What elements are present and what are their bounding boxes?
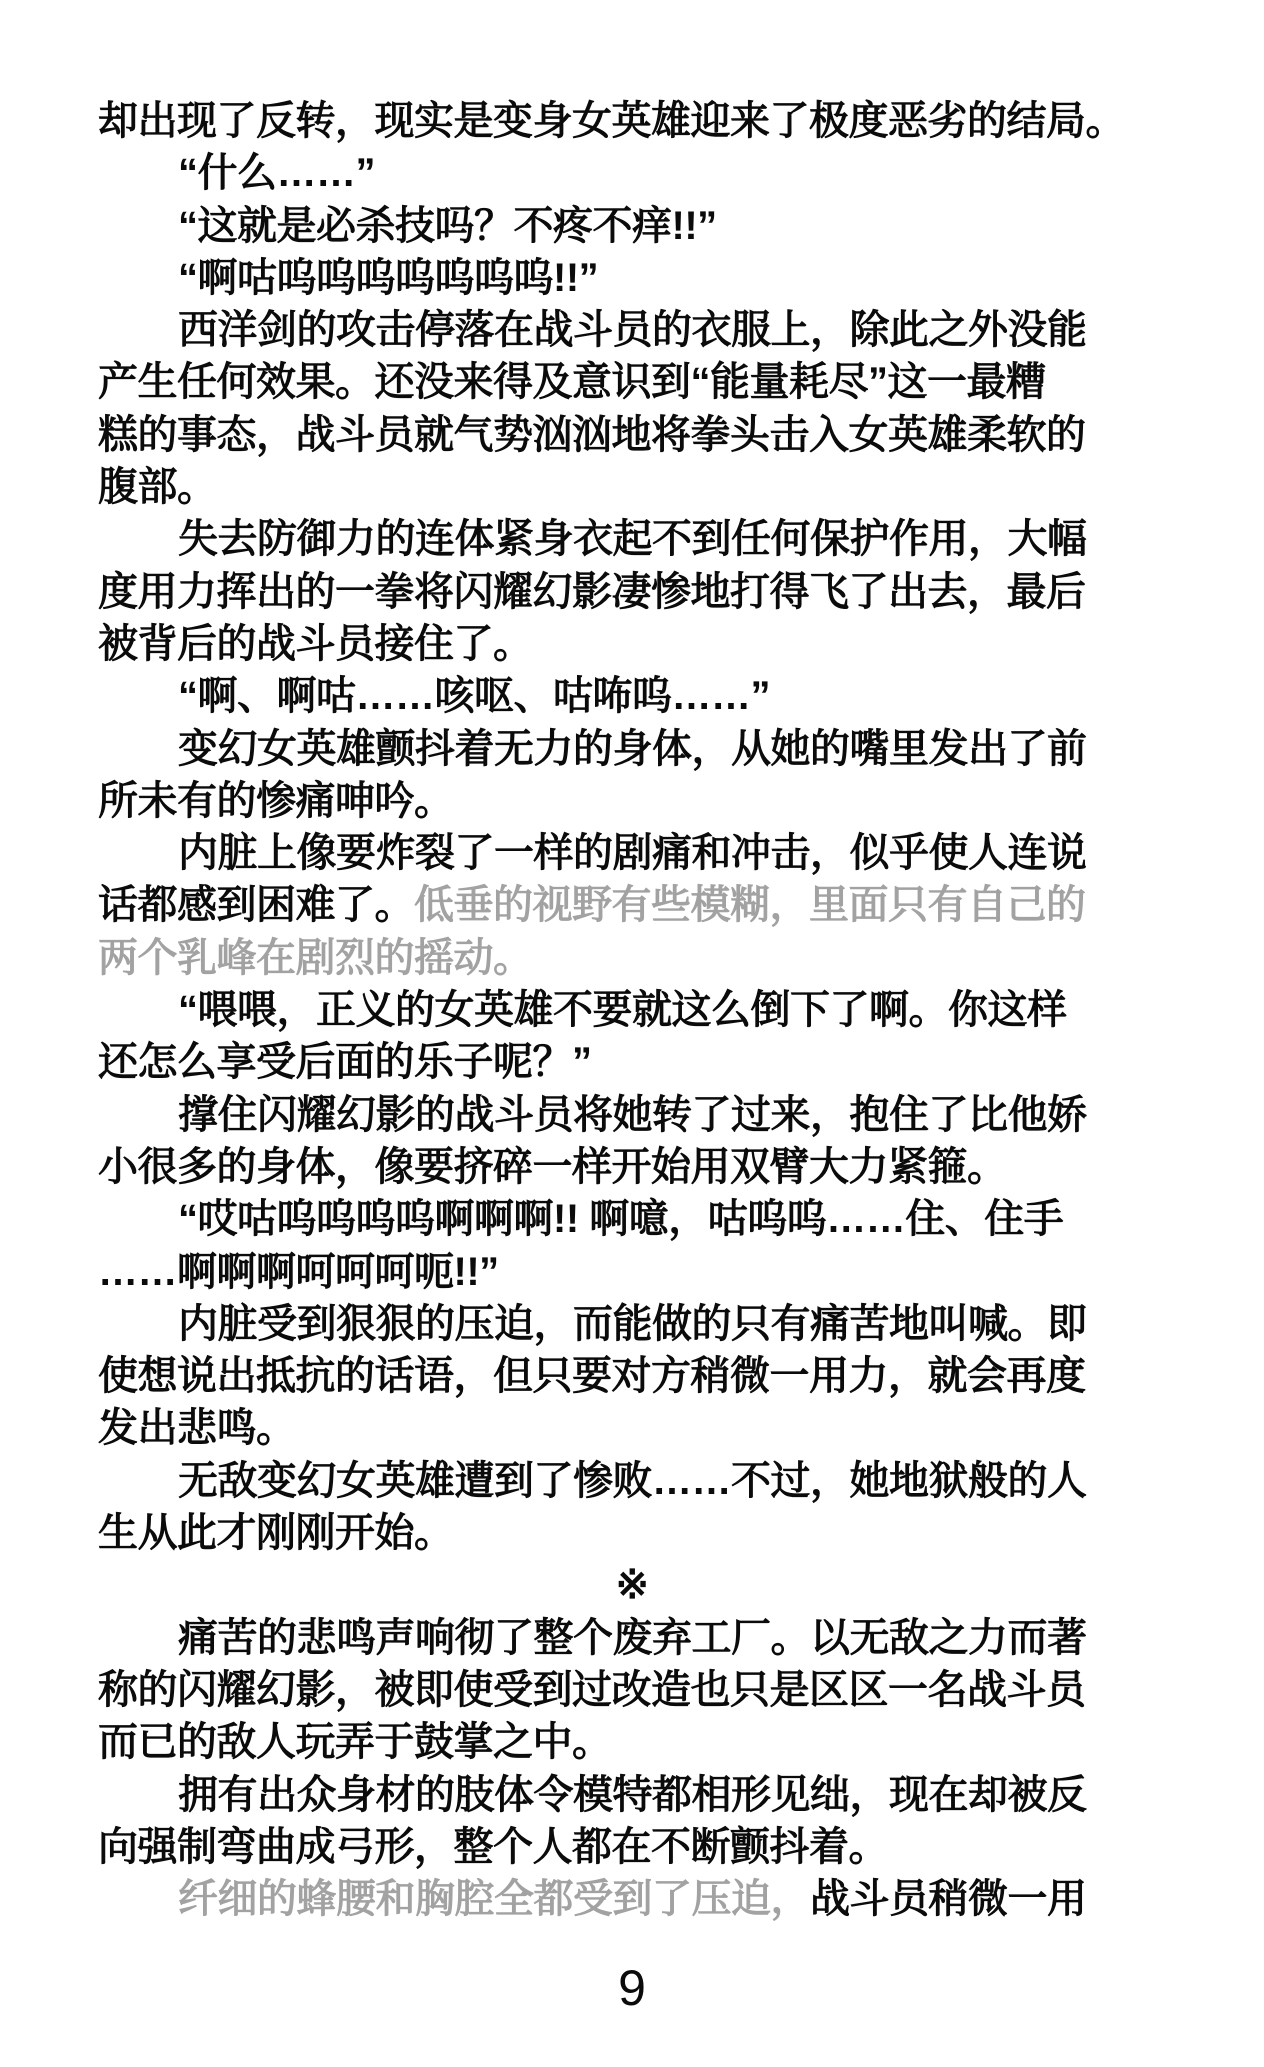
text-segment: ……啊啊啊呵呵呵呃!!” xyxy=(98,1250,499,1294)
text-line: ……啊啊啊呵呵呵呃!!” xyxy=(98,1246,1166,1298)
text-segment-muted: 纤细的蜂腰和胸腔全都受到了压迫， xyxy=(178,1877,810,1921)
text-segment-muted: 低垂的视野有些模糊，里面只有自己的 xyxy=(414,883,1086,927)
book-page: 却出现了反转，现实是变身女英雄迎来了极度恶劣的结局。“什么……”“这就是必杀技吗… xyxy=(0,0,1264,2067)
text-segment: “这就是必杀技吗？不疼不痒!!” xyxy=(178,204,717,248)
page-number: 9 xyxy=(98,1962,1166,2014)
text-segment: 撑住闪耀幻影的战斗员将她转了过来，抱住了比他娇 xyxy=(178,1093,1087,1137)
text-segment: 小很多的身体，像要挤碎一样开始用双臂大力紧箍。 xyxy=(98,1145,1007,1189)
text-segment: “啊、啊咕……咳呕、咕咘呜……” xyxy=(178,674,770,718)
text-line: 拥有出众身材的肢体令模特都相形见绌，现在却被反 xyxy=(98,1769,1166,1821)
text-line: “啊、啊咕……咳呕、咕咘呜……” xyxy=(98,670,1166,722)
text-segment: 糕的事态，战斗员就气势汹汹地将拳头击入女英雄柔软的 xyxy=(98,413,1086,457)
text-segment: 失去防御力的连体紧身衣起不到任何保护作用，大幅 xyxy=(178,517,1087,561)
text-line: “哎咕呜呜呜呜啊啊啊!! 啊噫，咕呜呜……住、住手 xyxy=(98,1193,1166,1245)
text-line: 却出现了反转，现实是变身女英雄迎来了极度恶劣的结局。 xyxy=(98,95,1166,147)
text-line: 腹部。 xyxy=(98,461,1166,513)
text-segment: 却出现了反转，现实是变身女英雄迎来了极度恶劣的结局。 xyxy=(98,99,1125,143)
text-segment: 拥有出众身材的肢体令模特都相形见绌，现在却被反 xyxy=(178,1773,1087,1817)
text-line: 失去防御力的连体紧身衣起不到任何保护作用，大幅 xyxy=(98,513,1166,565)
text-line: 发出悲鸣。 xyxy=(98,1402,1166,1454)
text-segment: ※ xyxy=(615,1563,648,1607)
text-line: 纤细的蜂腰和胸腔全都受到了压迫，战斗员稍微一用 xyxy=(98,1873,1166,1925)
text-line: 变幻女英雄颤抖着无力的身体，从她的嘴里发出了前 xyxy=(98,723,1166,775)
text-segment: “什么……” xyxy=(178,151,375,195)
text-line: 小很多的身体，像要挤碎一样开始用双臂大力紧箍。 xyxy=(98,1141,1166,1193)
text-line: “什么……” xyxy=(98,147,1166,199)
text-segment-muted: 两个乳峰在剧烈的摇动。 xyxy=(98,936,533,980)
text-segment: 无敌变幻女英雄遭到了惨败……不过，她地狱般的人 xyxy=(178,1459,1087,1503)
text-line: 内脏受到狠狠的压迫，而能做的只有痛苦地叫喊。即 xyxy=(98,1298,1166,1350)
text-line: 被背后的战斗员接住了。 xyxy=(98,618,1166,670)
text-segment: 向强制弯曲成弓形，整个人都在不断颤抖着。 xyxy=(98,1825,888,1869)
text-lines: 却出现了反转，现实是变身女英雄迎来了极度恶劣的结局。“什么……”“这就是必杀技吗… xyxy=(98,95,1166,1925)
section-divider: ※ xyxy=(98,1559,1166,1611)
text-line: “啊咕呜呜呜呜呜呜呜!!” xyxy=(98,252,1166,304)
text-line: “喂喂，正义的女英雄不要就这么倒下了啊。你这样 xyxy=(98,984,1166,1036)
text-line: 两个乳峰在剧烈的摇动。 xyxy=(98,932,1166,984)
text-line: 向强制弯曲成弓形，整个人都在不断颤抖着。 xyxy=(98,1821,1166,1873)
text-line: 痛苦的悲鸣声响彻了整个废弃工厂。以无敌之力而著 xyxy=(98,1612,1166,1664)
text-line: 产生任何效果。还没来得及意识到“能量耗尽”这一最糟 xyxy=(98,356,1166,408)
text-segment: 痛苦的悲鸣声响彻了整个废弃工厂。以无敌之力而著 xyxy=(178,1616,1087,1660)
text-segment: 还怎么享受后面的乐子呢？” xyxy=(98,1040,592,1084)
text-line: 而已的敌人玩弄于鼓掌之中。 xyxy=(98,1716,1166,1768)
text-segment: 变幻女英雄颤抖着无力的身体，从她的嘴里发出了前 xyxy=(178,727,1087,771)
text-line: 度用力挥出的一拳将闪耀幻影凄惨地打得飞了出去，最后 xyxy=(98,566,1166,618)
text-segment: 度用力挥出的一拳将闪耀幻影凄惨地打得飞了出去，最后 xyxy=(98,570,1086,614)
text-segment: 内脏上像要炸裂了一样的剧痛和冲击，似乎使人连说 xyxy=(178,831,1087,875)
text-line: 生从此才刚刚开始。 xyxy=(98,1507,1166,1559)
text-line: 使想说出抵抗的话语，但只要对方稍微一用力，就会再度 xyxy=(98,1350,1166,1402)
text-line: 糕的事态，战斗员就气势汹汹地将拳头击入女英雄柔软的 xyxy=(98,409,1166,461)
text-line: 西洋剑的攻击停落在战斗员的衣服上，除此之外没能 xyxy=(98,304,1166,356)
text-segment: 战斗员稍微一用 xyxy=(810,1877,1087,1921)
text-segment: 内脏受到狠狠的压迫，而能做的只有痛苦地叫喊。即 xyxy=(178,1302,1087,1346)
text-line: 无敌变幻女英雄遭到了惨败……不过，她地狱般的人 xyxy=(98,1455,1166,1507)
text-segment: 被背后的战斗员接住了。 xyxy=(98,622,533,666)
text-line: 撑住闪耀幻影的战斗员将她转了过来，抱住了比他娇 xyxy=(98,1089,1166,1141)
text-segment: “啊咕呜呜呜呜呜呜呜!!” xyxy=(178,256,598,300)
text-line: 话都感到困难了。低垂的视野有些模糊，里面只有自己的 xyxy=(98,879,1166,931)
text-segment: 产生任何效果。还没来得及意识到“能量耗尽”这一最糟 xyxy=(98,360,1046,404)
text-segment: 话都感到困难了。 xyxy=(98,883,414,927)
text-segment: 西洋剑的攻击停落在战斗员的衣服上，除此之外没能 xyxy=(178,308,1087,352)
text-segment: 生从此才刚刚开始。 xyxy=(98,1511,454,1555)
text-line: 内脏上像要炸裂了一样的剧痛和冲击，似乎使人连说 xyxy=(98,827,1166,879)
text-line: 称的闪耀幻影，被即使受到过改造也只是区区一名战斗员 xyxy=(98,1664,1166,1716)
text-segment: 所未有的惨痛呻吟。 xyxy=(98,779,454,823)
text-segment: 而已的敌人玩弄于鼓掌之中。 xyxy=(98,1720,612,1764)
text-line: 还怎么享受后面的乐子呢？” xyxy=(98,1036,1166,1088)
text-segment: 腹部。 xyxy=(98,465,217,509)
text-segment: “喂喂，正义的女英雄不要就这么倒下了啊。你这样 xyxy=(178,988,1067,1032)
text-segment: “哎咕呜呜呜呜啊啊啊!! 啊噫，咕呜呜……住、住手 xyxy=(178,1197,1063,1241)
text-line: 所未有的惨痛呻吟。 xyxy=(98,775,1166,827)
text-segment: 称的闪耀幻影，被即使受到过改造也只是区区一名战斗员 xyxy=(98,1668,1086,1712)
text-line: “这就是必杀技吗？不疼不痒!!” xyxy=(98,200,1166,252)
text-segment: 使想说出抵抗的话语，但只要对方稍微一用力，就会再度 xyxy=(98,1354,1086,1398)
text-segment: 发出悲鸣。 xyxy=(98,1406,296,1450)
